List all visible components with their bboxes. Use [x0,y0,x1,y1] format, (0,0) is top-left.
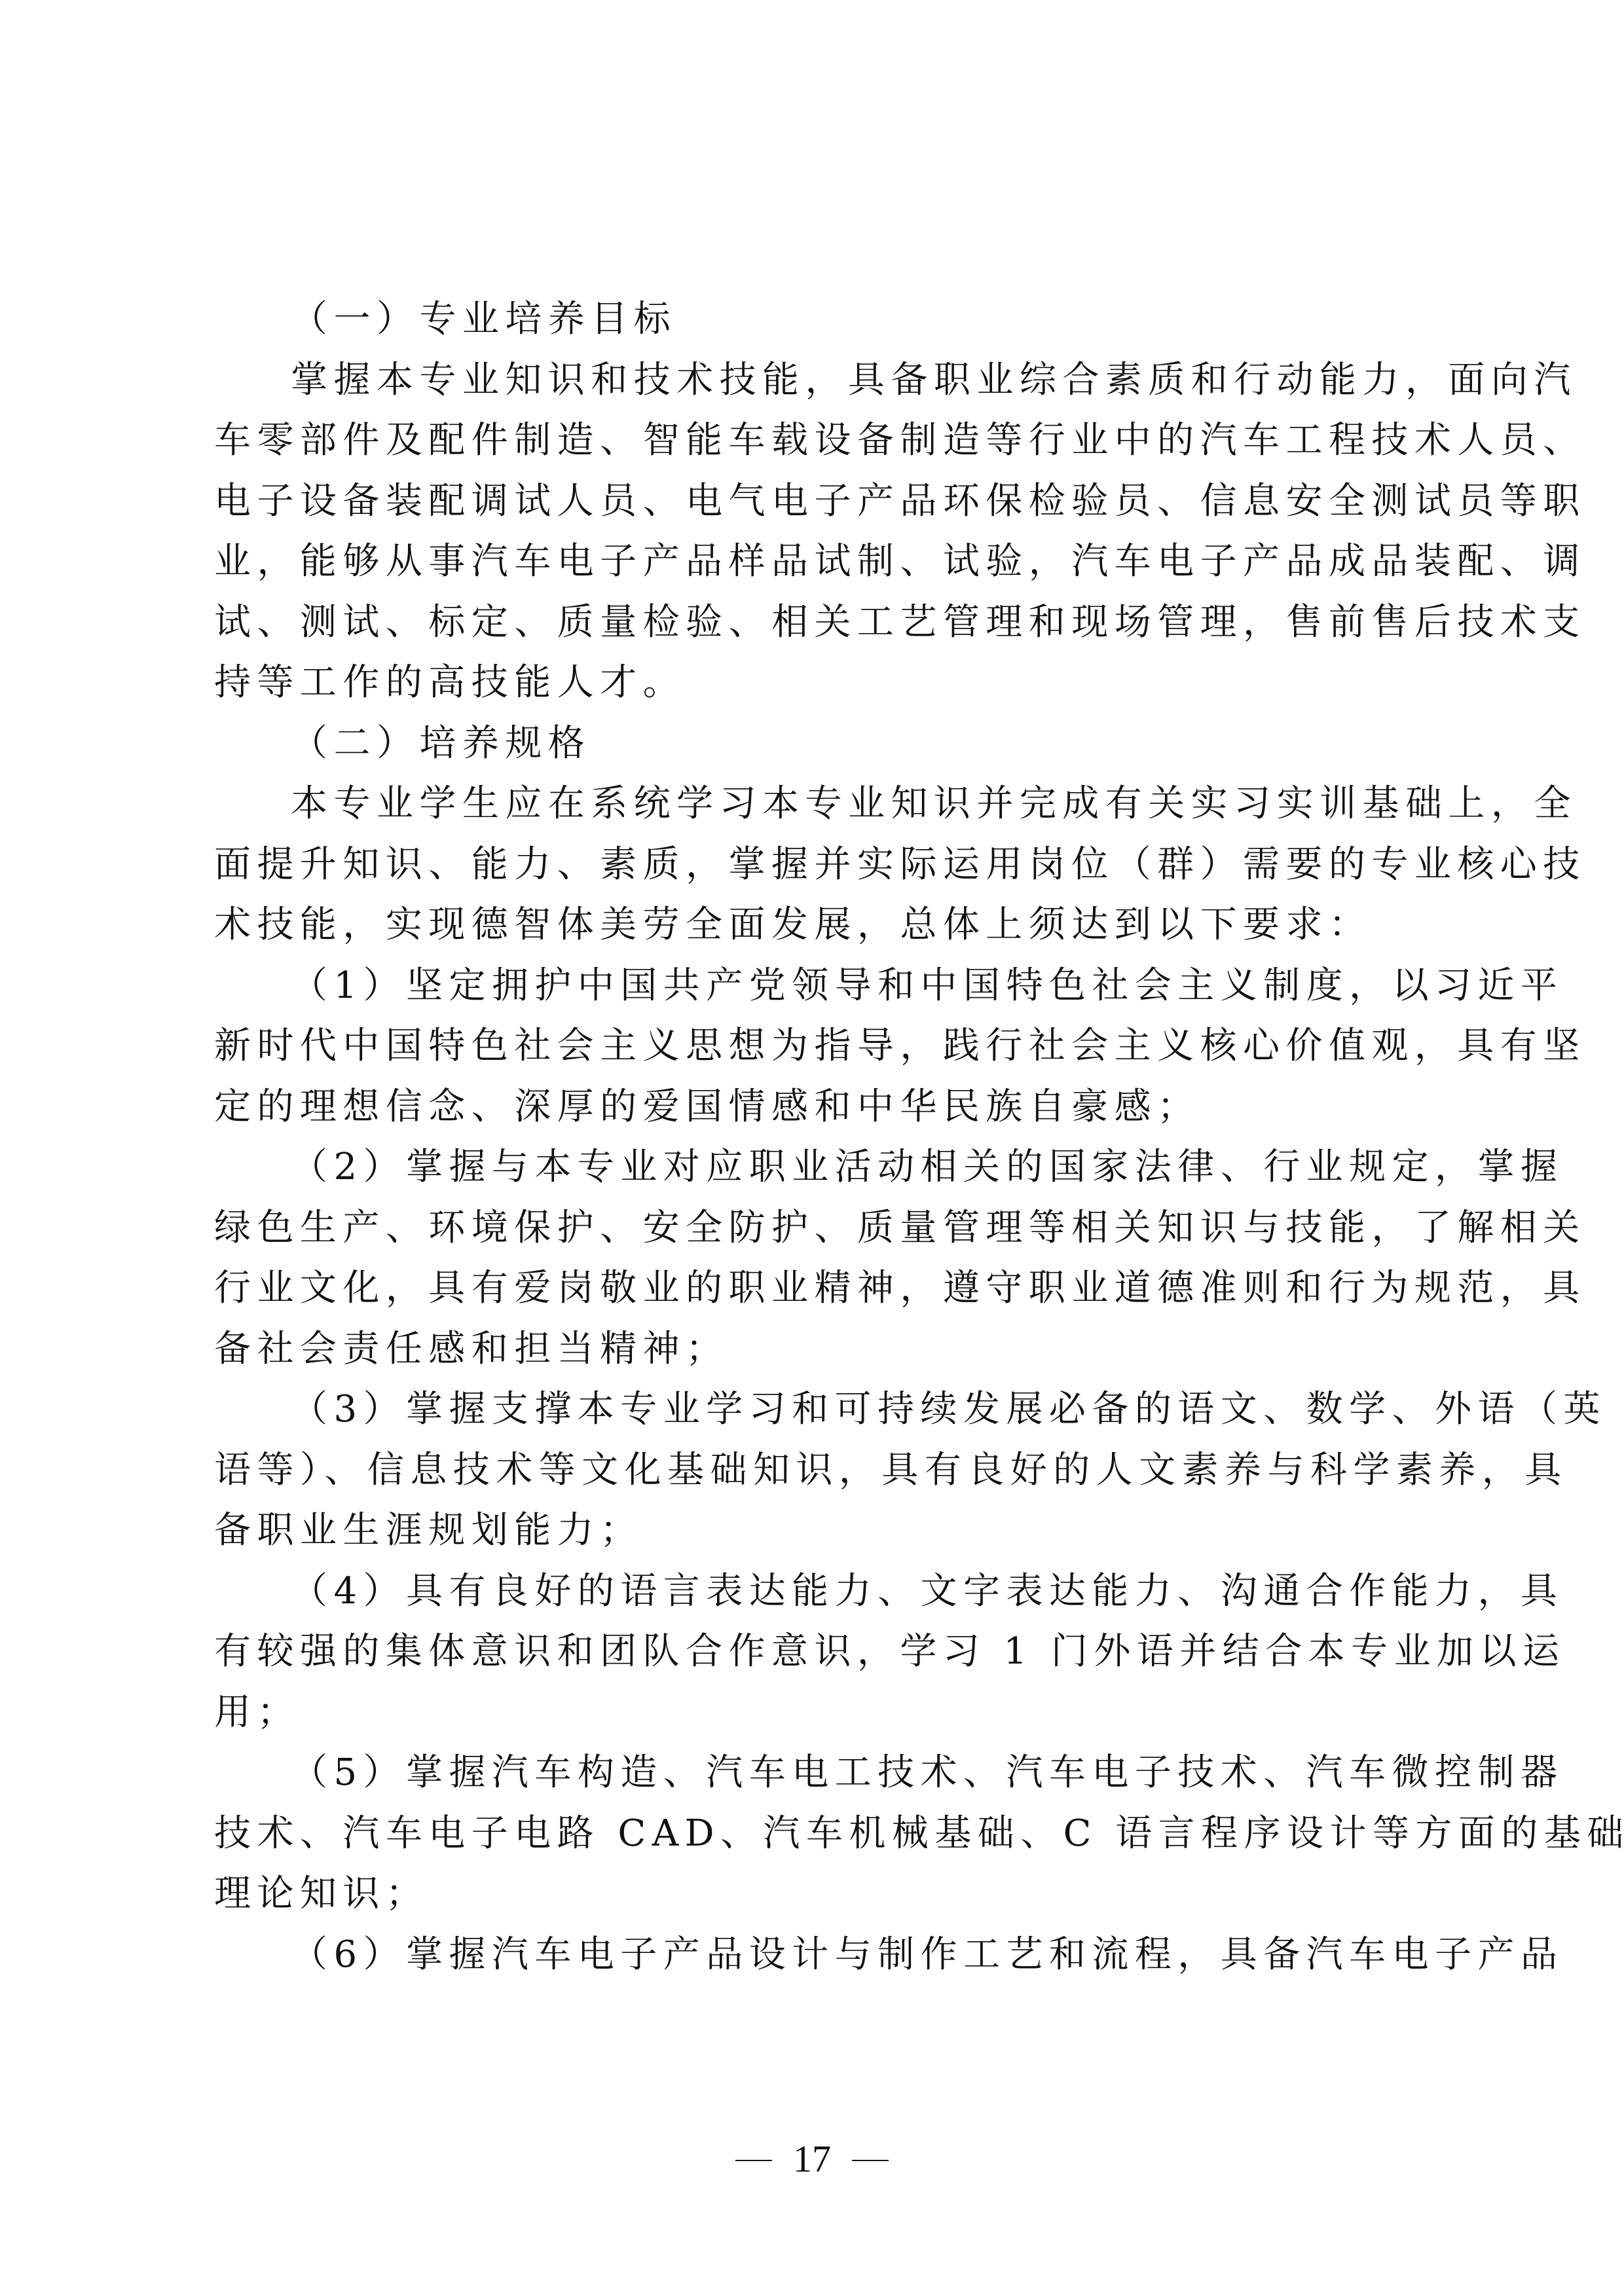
paragraph-line: （3）掌握支撑本专业学习和可持续发展必备的语文、数学、外语（英 [214,1379,1419,1440]
paragraph-line: （5）掌握汽车构造、汽车电工技术、汽车电子技术、汽车微控制器 [214,1743,1419,1804]
paragraph-line: 用； [214,1683,1419,1743]
em-dash-right [852,2160,889,2161]
paragraph-line: 备职业生涯规划能力； [214,1501,1419,1561]
paragraph-line: 语等）、信息技术等文化基础知识，具有良好的人文素养与科学素养，具 [214,1440,1419,1501]
paragraph-line: （1）坚定拥护中国共产党领导和中国特色社会主义制度，以习近平 [214,956,1419,1017]
paragraph-line: 行业文化，具有爱岗敬业的职业精神，遵守职业道德准则和行为规范，具 [214,1258,1419,1319]
paragraph-line: 术技能，实现德智体美劳全面发展，总体上须达到以下要求： [214,895,1419,956]
paragraph-line: 持等工作的高技能人才。 [214,653,1419,714]
requirement-item-1: （1）坚定拥护中国共产党领导和中国特色社会主义制度，以习近平 新时代中国特色社会… [214,956,1419,1138]
em-dash-left [735,2160,772,2161]
requirement-item-4: （4）具有良好的语言表达能力、文字表达能力、沟通合作能力，具 有较强的集体意识和… [214,1561,1419,1743]
paragraph-line: 技术、汽车电子电路 CAD、汽车机械基础、C 语言程序设计等方面的基础 [214,1804,1419,1865]
paragraph-training-goal: 掌握本专业知识和技术技能，具备职业综合素质和行动能力，面向汽 车零部件及配件制造… [214,350,1419,714]
paragraph-line: 理论知识； [214,1864,1419,1925]
section-heading-2: （二）培养规格 [214,714,1419,774]
paragraph-line: （6）掌握汽车电子产品设计与制作工艺和流程，具备汽车电子产品 [214,1925,1419,1986]
paragraph-line: 定的理想信念、深厚的爱国情感和中华民族自豪感； [214,1077,1419,1138]
paragraph-line: 掌握本专业知识和技术技能，具备职业综合素质和行动能力，面向汽 [214,350,1419,411]
paragraph-line: 业，能够从事汽车电子产品样品试制、试验，汽车电子产品成品装配、调 [214,532,1419,592]
document-body: （一）专业培养目标 掌握本专业知识和技术技能，具备职业综合素质和行动能力，面向汽… [214,289,1419,1985]
requirement-item-2: （2）掌握与本专业对应职业活动相关的国家法律、行业规定，掌握 绿色生产、环境保护… [214,1137,1419,1379]
paragraph-line: 面提升知识、能力、素质，掌握并实际运用岗位（群）需要的专业核心技 [214,835,1419,896]
paragraph-line: 新时代中国特色社会主义思想为指导，践行社会主义核心价值观，具有坚 [214,1016,1419,1077]
requirement-item-5: （5）掌握汽车构造、汽车电工技术、汽车电子技术、汽车微控制器 技术、汽车电子电路… [214,1743,1419,1925]
paragraph-line: （4）具有良好的语言表达能力、文字表达能力、沟通合作能力，具 [214,1561,1419,1622]
paragraph-line: 绿色生产、环境保护、安全防护、质量管理等相关知识与技能，了解相关 [214,1198,1419,1259]
paragraph-line: 试、测试、标定、质量检验、相关工艺管理和现场管理，售前售后技术支 [214,592,1419,653]
paragraph-line: （2）掌握与本专业对应职业活动相关的国家法律、行业规定，掌握 [214,1137,1419,1198]
paragraph-line: 有较强的集体意识和团队合作意识，学习 1 门外语并结合本专业加以运 [214,1622,1419,1683]
paragraph-line: 备社会责任感和担当精神； [214,1319,1419,1380]
paragraph-spec-intro: 本专业学生应在系统学习本专业知识并完成有关实习实训基础上，全 面提升知识、能力、… [214,774,1419,956]
requirement-item-3: （3）掌握支撑本专业学习和可持续发展必备的语文、数学、外语（英 语等）、信息技术… [214,1379,1419,1561]
page-footer: 17 [0,2140,1624,2179]
page-number: 17 [793,2138,831,2180]
paragraph-line: 车零部件及配件制造、智能车载设备制造等行业中的汽车工程技术人员、 [214,410,1419,471]
paragraph-line: 电子设备装配调试人员、电气电子产品环保检验员、信息安全测试员等职 [214,471,1419,532]
requirement-item-6: （6）掌握汽车电子产品设计与制作工艺和流程，具备汽车电子产品 [214,1925,1419,1986]
paragraph-line: 本专业学生应在系统学习本专业知识并完成有关实习实训基础上，全 [214,774,1419,835]
section-heading-1: （一）专业培养目标 [214,289,1419,350]
